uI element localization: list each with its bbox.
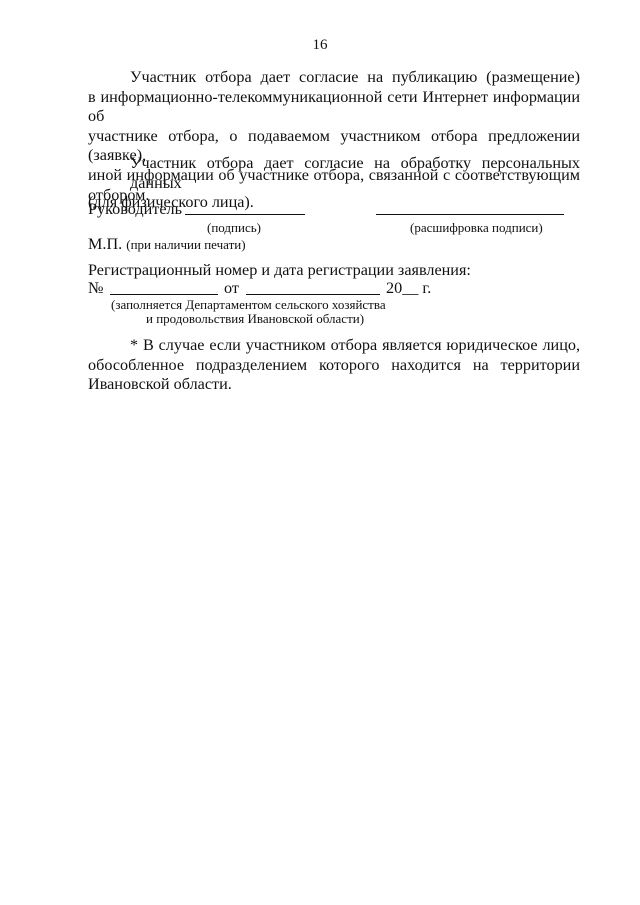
stamp-caption: (при наличии печати) bbox=[126, 237, 245, 252]
text-line: Участник отбора дает согласие на публика… bbox=[88, 68, 580, 88]
from-label: от bbox=[224, 279, 239, 298]
text-line: в информационно-телекоммуникационной сет… bbox=[88, 88, 580, 127]
text-line: Ивановской области. bbox=[88, 375, 580, 395]
stamp-line: М.П. (при наличии печати) bbox=[88, 235, 246, 254]
text-line: обособленное подразделением которого нах… bbox=[88, 356, 580, 376]
registration-note-line2: и продовольствия Ивановской области) bbox=[146, 311, 364, 327]
text-line: * В случае если участником отбора являет… bbox=[88, 336, 580, 356]
signature-caption: (подпись) bbox=[207, 220, 261, 236]
head-label: Руководитель bbox=[88, 200, 182, 219]
signature-field[interactable] bbox=[185, 200, 305, 215]
number-sign: № bbox=[88, 279, 103, 298]
page-number: 16 bbox=[0, 37, 640, 54]
registration-title: Регистрационный номер и дата регистрации… bbox=[88, 261, 471, 280]
registration-number-field[interactable] bbox=[110, 280, 218, 295]
text-line: Участник отбора дает согласие на обработ… bbox=[88, 154, 580, 193]
stamp-prefix: М.П. bbox=[88, 235, 122, 253]
registration-date-field[interactable] bbox=[246, 280, 380, 295]
decode-caption: (расшифровка подписи) bbox=[410, 220, 543, 236]
footnote: * В случае если участником отбора являет… bbox=[88, 336, 580, 395]
year-label: 20__ г. bbox=[386, 279, 431, 298]
signature-decode-field[interactable] bbox=[376, 200, 564, 215]
